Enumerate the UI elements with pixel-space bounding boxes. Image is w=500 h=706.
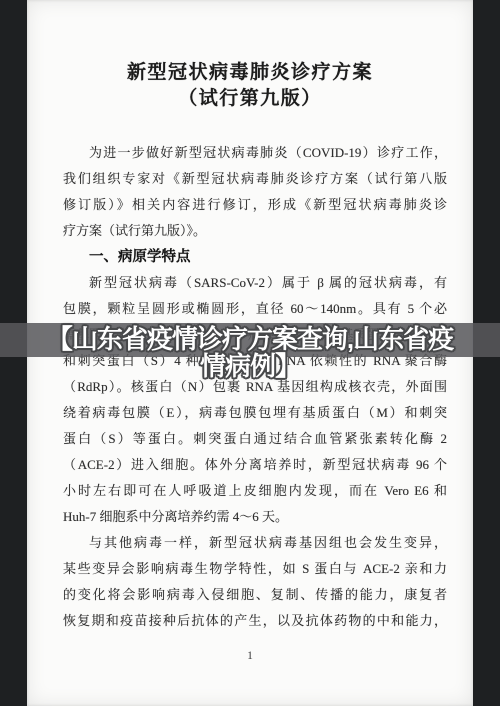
document-line: 疗方案（试行第九版）》。 [63,218,447,244]
watermark-overlay: 【山东省疫情诊疗方案查询,山东省疫 情病例】 [0,326,500,380]
document-line: 一、病原学特点 [63,244,447,270]
watermark-line-2: 情病例】 [0,353,500,380]
document-line: 为进一步做好新型冠状病毒肺炎（COVID-19）诊疗工作， [63,140,447,166]
document-line: 与其他病毒一样，新型冠状病毒基因组也会发生变异， [63,530,447,556]
document-line: Huh-7 细胞系中分离培养约需 4～6 天。 [63,504,447,530]
document-line: （ACE-2）进入细胞。体外分离培养时，新型冠状病毒 96 个 [63,452,447,478]
document-body: 为进一步做好新型冠状病毒肺炎（COVID-19）诊疗工作，我们组织专家对《新型冠… [63,140,447,634]
screenshot-canvas: 新型冠状病毒肺炎诊疗方案 （试行第九版） 为进一步做好新型冠状病毒肺炎（COVI… [0,0,500,706]
document-line: 小时左右即可在人呼吸道上皮细胞内发现，而在 Vero E6 和 [63,478,447,504]
document-line: 的变化将会影响病毒入侵细胞、复制、传播的能力，康复者 [63,582,447,608]
document-line: 某些变异会影响病毒生物学特性，如 S 蛋白与 ACE-2 亲和力 [63,556,447,582]
document-line: 绕着病毒包膜（E），病毒包膜包埋有基质蛋白（M）和刺突 [63,400,447,426]
watermark-line-1: 【山东省疫情诊疗方案查询,山东省疫 [0,326,500,353]
page-number: 1 [27,650,473,662]
document-line: 恢复期和疫苗接种后抗体的产生，以及抗体药物的中和能力， [63,608,447,634]
document-line: 包膜，颗粒呈圆形或椭圆形，直径 60～140nm。具有 5 个必 [63,296,447,322]
document-line: 修订版）》相关内容进行修订，形成《新型冠状病毒肺炎诊 [63,192,447,218]
document-line: 我们组织专家对《新型冠状病毒肺炎诊疗方案（试行第八版 [63,166,447,192]
document-line: 新型冠状病毒（SARS-CoV-2）属于 β 属的冠状病毒，有 [63,270,447,296]
document-title: 新型冠状病毒肺炎诊疗方案 （试行第九版） [27,60,473,112]
title-line-1: 新型冠状病毒肺炎诊疗方案 [27,60,473,86]
title-line-2: （试行第九版） [27,86,473,112]
document-line: 蛋白（S）等蛋白。刺突蛋白通过结合血管紧张素转化酶 2 [63,426,447,452]
